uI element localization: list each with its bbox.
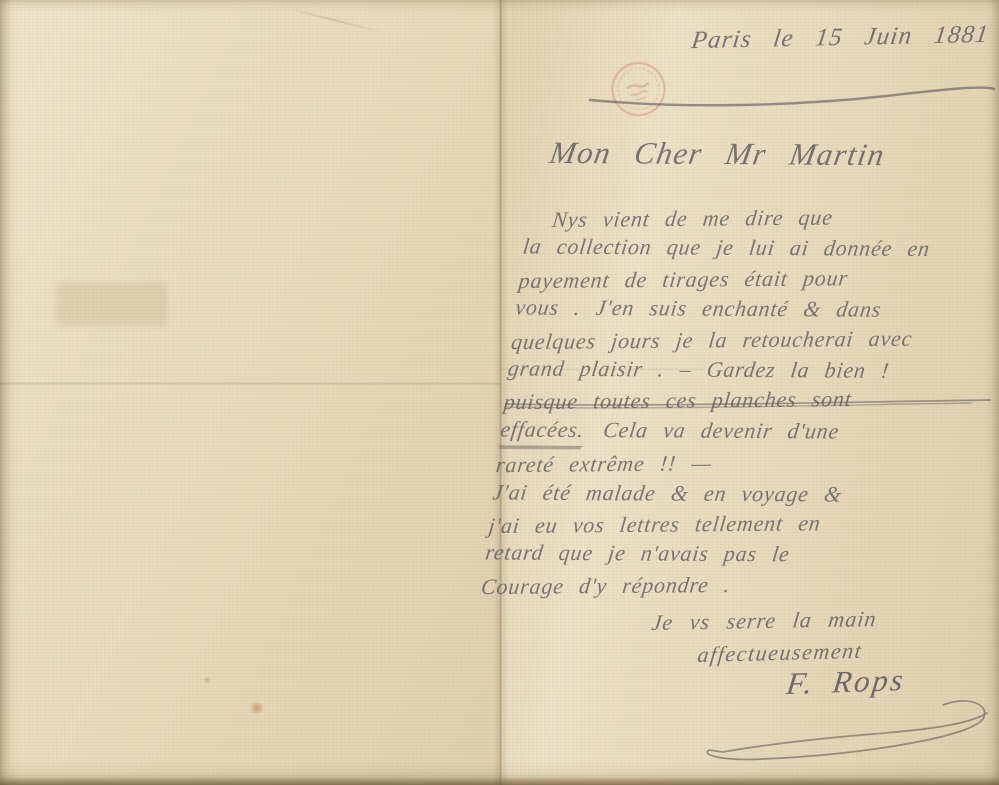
letter-line: rareté extrême !! — <box>494 446 991 481</box>
letter-line: grand plaisir . – Gardez la bien ! <box>506 354 999 387</box>
letter-line: quelques jours je la retoucherai avec <box>510 322 999 357</box>
horizontal-fold-crease-left <box>0 381 500 385</box>
signature-paraph <box>693 693 995 769</box>
diagonal-crease <box>282 6 384 33</box>
letter-line-text: rareté extrême !! — <box>495 451 714 478</box>
letter-line-text: Nys vient de me dire que <box>551 205 834 232</box>
letter-line: vous . J'en suis enchanté & dans <box>514 293 999 326</box>
closing-line-1: Je vs serre la main <box>650 606 878 636</box>
letter-line: la collection que je lui ai donnée en <box>521 232 999 265</box>
letter-line: payement de tirages était pour <box>517 262 999 297</box>
letter-line-text: retard que je n'avais pas le <box>484 540 791 567</box>
long-underline-flourish <box>502 397 996 411</box>
right-page-letter: Paris le 15 Juin 1881 Mon Cher Mr Martin… <box>500 0 999 785</box>
foxing-stain-small <box>203 677 211 683</box>
letter-scan: Paris le 15 Juin 1881 Mon Cher Mr Martin… <box>0 0 999 785</box>
letter-line: j'ai eu vos lettres tellement en <box>487 507 984 542</box>
letter-line: Courage d'y répondre . <box>479 568 976 603</box>
letter-line: retard que je n'avais pas le <box>483 538 980 571</box>
letter-line: J'ai été malade & en voyage & <box>491 477 988 510</box>
letter-line-text: la collection que je lui ai donnée en <box>521 234 931 261</box>
letter-line-text: payement de tirages était pour <box>517 265 849 293</box>
letter-line-text: Cela va devenir d'une <box>602 417 841 443</box>
foxing-stain <box>249 702 265 714</box>
bottom-edge-shadow <box>0 777 999 785</box>
letter-line-text: j'ai eu vos lettres tellement en <box>487 510 822 538</box>
letter-line: Nys vient de me dire que <box>551 201 999 235</box>
letter-line-text: Courage d'y répondre . <box>480 572 732 599</box>
letter-line-text: vous . J'en suis enchanté & dans <box>514 295 883 322</box>
left-page-blank <box>0 0 500 785</box>
date-underline-flourish <box>586 82 998 110</box>
letter-line-text: J'ai été malade & en voyage & <box>491 479 843 506</box>
letter-line-text: grand plaisir . – Gardez la bien ! <box>507 356 891 383</box>
letter-line-text: quelques jours je la retoucherai avec <box>510 325 914 353</box>
dateline: Paris le 15 Juin 1881 <box>690 21 991 55</box>
salutation: Mon Cher Mr Martin <box>547 135 888 173</box>
show-through-mark <box>56 283 168 325</box>
underlined-word: effacées. <box>498 414 586 447</box>
letter-line: effacées. Cela va devenir d'une <box>498 414 995 449</box>
